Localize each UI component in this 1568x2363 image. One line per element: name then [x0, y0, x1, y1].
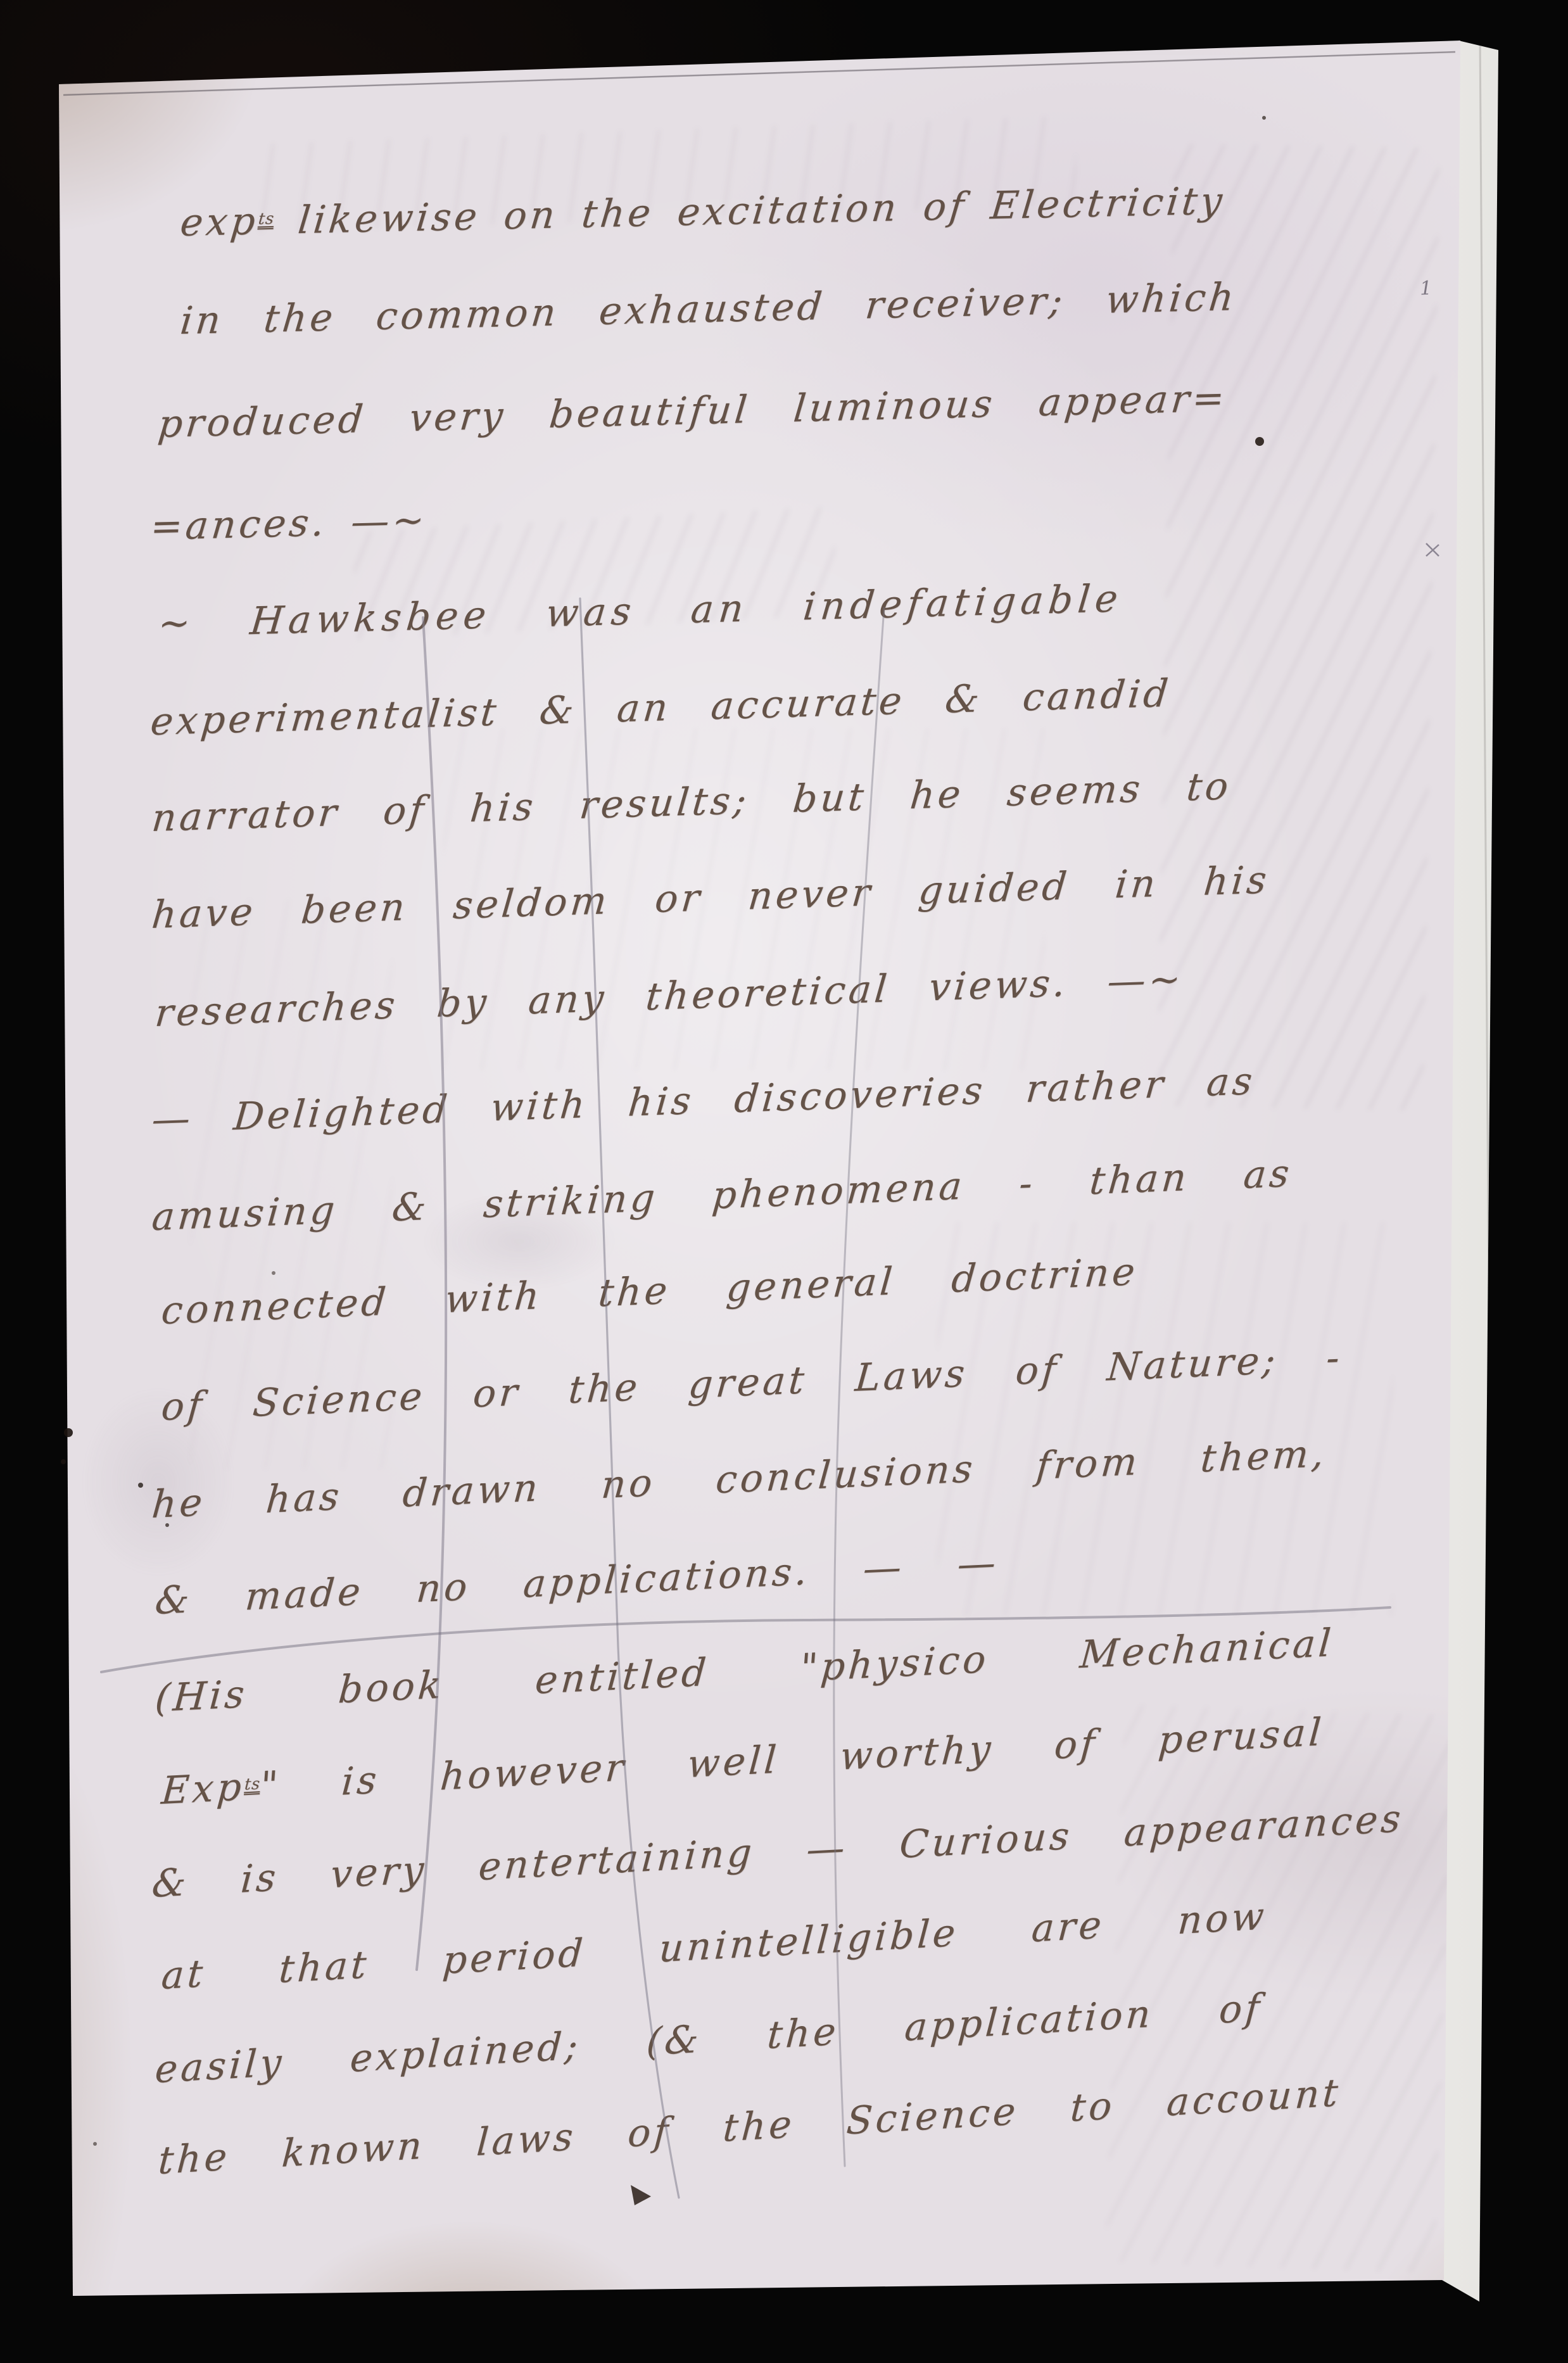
manuscript-line-5: ~ Hawksbee was an indefatigable	[156, 580, 1125, 643]
bleedthrough-smudge	[1105, 1704, 1453, 2273]
manuscript-line-14: he has drawn no conclusions from them,	[151, 1435, 1329, 1524]
manuscript-line-19: at that period unintelligible are now	[160, 1897, 1268, 1995]
manuscript-line-8: have been seldom or never guided in his	[150, 861, 1271, 934]
manuscript-line-6: experimentalist & an accurate & candid	[149, 675, 1173, 741]
manuscript-line-13: of Science or the great Laws of Nature; …	[160, 1339, 1344, 1426]
manuscript-line-16: (His book entitled "physico Mechanical	[154, 1624, 1336, 1718]
manuscript-line-1: expts likewise on the excitation of Elec…	[179, 182, 1227, 242]
ink-speck	[61, 1459, 66, 1464]
photo-background: expts likewise on the excitation of Elec…	[0, 0, 1568, 2363]
manuscript-line-7: narrator of his results; but he seems to	[150, 767, 1233, 837]
manuscript-line-21: the known laws of the Science to account	[157, 2074, 1342, 2180]
manuscript-line-20: easily explained; (& the application of	[154, 1989, 1263, 2089]
manuscript-line-2: in the common exhausted receiver; which	[179, 278, 1239, 340]
manuscript-line-3: produced very beautiful luminous appear=	[156, 379, 1229, 443]
manuscript-line-17: Expts" is however well worthy of perusal	[160, 1713, 1325, 1810]
underlying-page-crease	[1479, 44, 1497, 2296]
manuscript-page: expts likewise on the excitation of Elec…	[0, 0, 1568, 2363]
manuscript-line-4: =ances. —~	[149, 501, 429, 546]
manuscript-line-9: researches by any theoretical views. —~	[153, 960, 1185, 1032]
manuscript-line-18: & is very entertaining — Curious appeara…	[151, 1799, 1405, 1903]
manuscript-line-10: — Delighted with his discoveries rather …	[150, 1062, 1256, 1139]
pencil-numeral: 1	[1419, 277, 1432, 300]
manuscript-line-11: amusing & striking phenomena - than as	[150, 1155, 1293, 1236]
manuscript-line-15: & made no applications. — —	[154, 1543, 1001, 1620]
manuscript-line-12: connected with the general doctrine	[160, 1253, 1140, 1330]
